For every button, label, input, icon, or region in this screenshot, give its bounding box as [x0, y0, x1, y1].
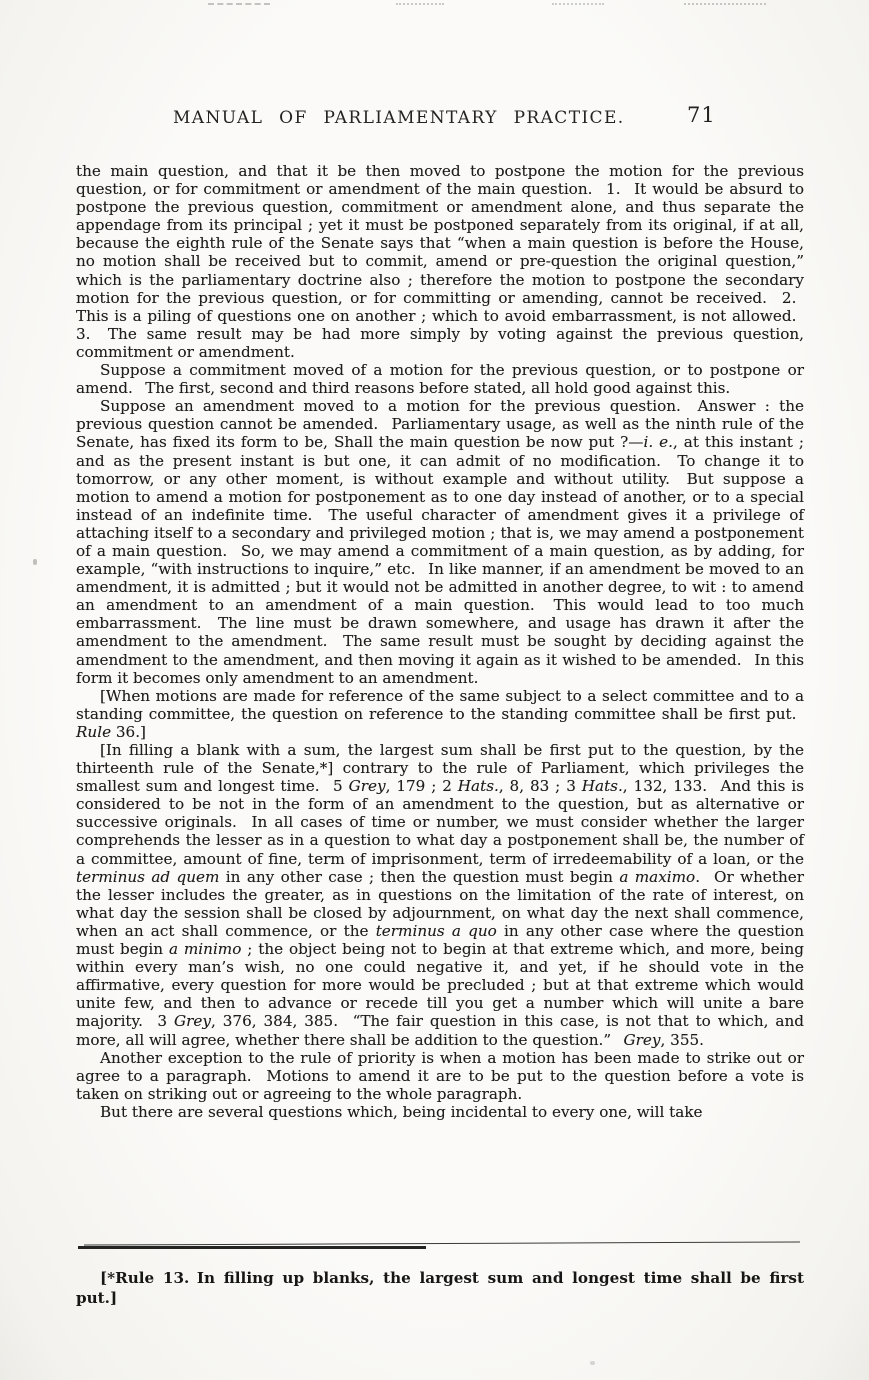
scan-artifact [684, 3, 766, 5]
footnote-separator-thin [84, 1241, 800, 1245]
page-body: the main question, and that it be then m… [76, 162, 804, 1121]
paragraph-another-exception: Another exception to the rule of priorit… [76, 1049, 804, 1103]
footnote-rule-13: [*Rule 13. In filling up blanks, the lar… [76, 1269, 804, 1308]
running-header-title: MANUAL OF PARLIAMENTARY PRACTICE. [173, 108, 625, 128]
footnote-separator [78, 1246, 426, 1249]
paragraph-incidental-questions: But there are several questions which, b… [76, 1103, 804, 1121]
paragraph-rule-36: [When motions are made for reference of … [76, 687, 804, 741]
paragraph-suppose-amendment: Suppose an amendment moved to a motion f… [76, 397, 804, 687]
paragraph-continuation: the main question, and that it be then m… [76, 162, 804, 361]
scan-artifact [33, 559, 37, 565]
scan-artifact [590, 1361, 595, 1365]
scan-artifact [208, 3, 270, 5]
scan-artifact [552, 3, 604, 5]
page-number: 71 [687, 103, 716, 127]
paragraph-filling-blank: [In filling a blank with a sum, the larg… [76, 741, 804, 1049]
scan-artifact [396, 3, 444, 5]
book-page: MANUAL OF PARLIAMENTARY PRACTICE. 71 the… [0, 0, 869, 1380]
paragraph-suppose-commitment: Suppose a commitment moved of a motion f… [76, 361, 804, 397]
